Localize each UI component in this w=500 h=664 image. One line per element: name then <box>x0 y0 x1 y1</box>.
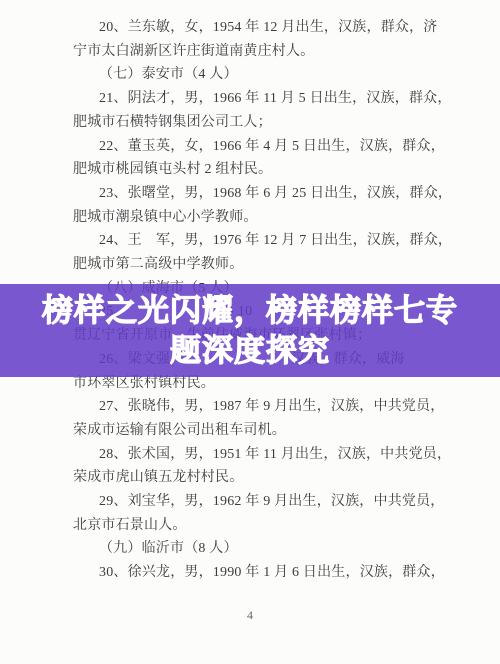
document-line: 28、张术国，男，1951 年 11 月出生，汉族，中共党员， <box>73 443 433 467</box>
document-line: 24、王 军，男，1976 年 12 月 7 日出生，汉族，群众， <box>73 229 433 253</box>
document-line: 27、张晓伟，男，1987 年 9 月出生，汉族，中共党员， <box>73 395 433 419</box>
document-line: 肥城市桃园镇屯头村 2 组村民。 <box>73 158 433 182</box>
document-line: 肥城市石横特钢集团公司工人； <box>73 111 433 135</box>
document-line: 肥城市潮泉镇中心小学教师。 <box>73 206 433 230</box>
document-line: （九）临沂市（8 人） <box>73 537 433 561</box>
page-number: 4 <box>0 608 500 623</box>
document-page: { "page": { "background": "#fcfcfa", "te… <box>0 0 500 664</box>
document-line: 荣成市运输有限公司出租车司机。 <box>73 419 433 443</box>
overlay-title-line1: 榜样之光闪耀，榜样榜样七专 <box>42 291 458 331</box>
document-line: （七）泰安市（4 人） <box>73 63 433 87</box>
document-line: 20、兰东敏，女，1954 年 12 月出生，汉族，群众，济 <box>73 16 433 40</box>
promo-overlay-banner: 榜样之光闪耀，榜样榜样七专 题深度探究 <box>0 284 500 377</box>
document-line: 22、董玉英，女，1966 年 4 月 5 日出生，汉族，群众， <box>73 135 433 159</box>
document-line: 23、张曙堂，男，1968 年 6 月 25 日出生，汉族，群众， <box>73 182 433 206</box>
overlay-title-line2: 题深度探究 <box>170 331 330 371</box>
document-line: 21、阴法才，男，1966 年 11 月 5 日出生，汉族，群众， <box>73 87 433 111</box>
document-line: 北京市石景山人。 <box>73 514 433 538</box>
document-line: 肥城市第二高级中学教师。 <box>73 253 433 277</box>
document-line: 宁市太白湖新区许庄街道南黄庄村人。 <box>73 40 433 64</box>
document-line: 29、刘宝华，男，1962 年 9 月出生，汉族，中共党员， <box>73 490 433 514</box>
document-line: 荣成市虎山镇五龙村村民。 <box>73 466 433 490</box>
document-line: 30、徐兴龙，男，1990 年 1 月 6 日出生，汉族，群众， <box>73 561 433 585</box>
